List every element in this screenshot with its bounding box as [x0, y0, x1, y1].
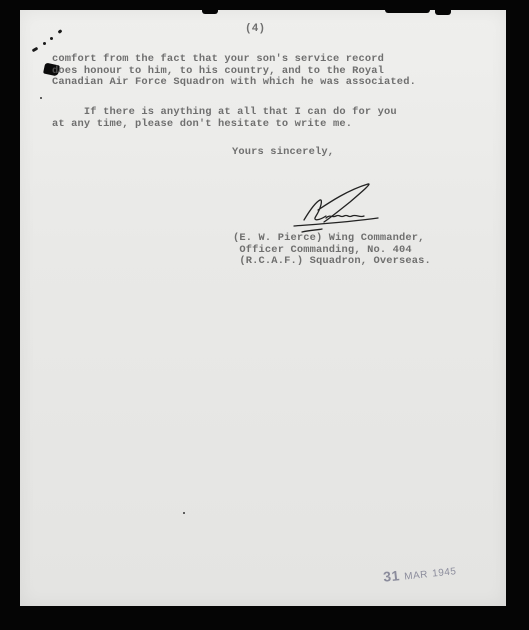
page-tear	[202, 9, 218, 14]
speck	[40, 97, 42, 99]
letter-page	[20, 10, 506, 606]
closing-salutation: Yours sincerely,	[232, 147, 334, 159]
speck	[183, 512, 185, 514]
paragraph-line: at any time, please don't hesitate to wr…	[52, 118, 352, 130]
signature-name-line: (E. W. Pierce) Wing Commander,	[233, 232, 425, 244]
handwritten-signature	[290, 180, 390, 236]
page-tear	[435, 9, 451, 15]
paragraph-2: If there is anything at all that I can d…	[52, 107, 397, 130]
signature-unit-line: (R.C.A.F.) Squadron, Overseas.	[233, 255, 431, 267]
signature-block: (E. W. Pierce) Wing Commander, Officer C…	[233, 233, 431, 268]
paragraph-line: Canadian Air Force Squadron with which h…	[52, 76, 416, 88]
paragraph-line: does honour to him, to his country, and …	[52, 65, 384, 77]
signature-title-line: Officer Commanding, No. 404	[233, 244, 412, 256]
page-number: (4)	[245, 24, 265, 36]
page-tear	[385, 9, 430, 13]
ink-mark	[43, 42, 46, 45]
paragraph-1: comfort from the fact that your son's se…	[52, 54, 416, 89]
paragraph-line: comfort from the fact that your son's se…	[52, 53, 384, 65]
paragraph-line: If there is anything at all that I can d…	[52, 106, 397, 118]
ink-mark	[50, 37, 53, 40]
stamp-day: 31	[382, 567, 400, 585]
